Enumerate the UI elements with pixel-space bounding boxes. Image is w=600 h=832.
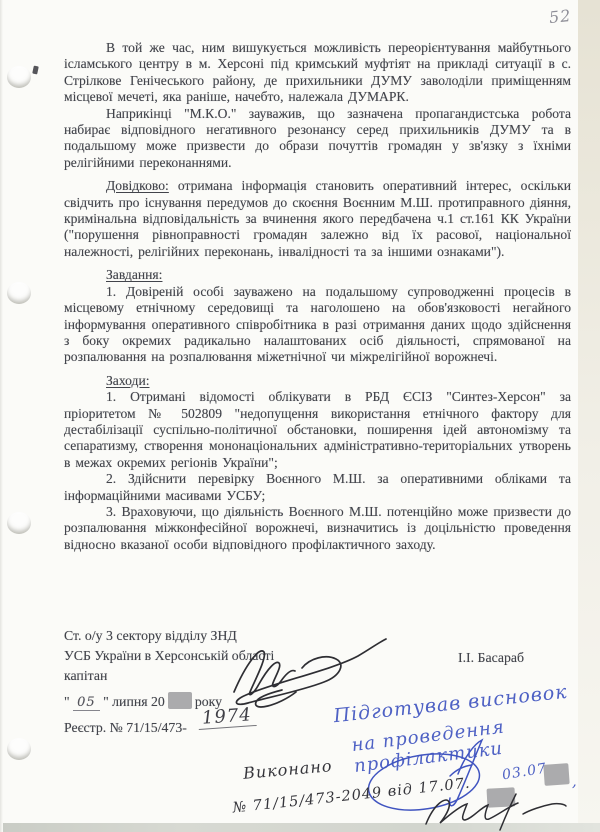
scan-edge-left xyxy=(0,0,3,832)
document-body: В той же час, ним вишукується можливість… xyxy=(64,40,571,553)
measures-heading: Заходи: xyxy=(64,373,571,389)
date-mid: " липня 20 xyxy=(100,694,165,709)
tasks-heading: Завдання: xyxy=(64,267,571,283)
date-open-quote: " xyxy=(64,694,73,709)
paragraph-1: В той же час, ним вишукується можливість… xyxy=(64,40,571,106)
reference-paragraph: Довідково: отримана інформація становить… xyxy=(64,178,571,260)
handwritten-page-number: 52 xyxy=(548,6,572,27)
handwritten-day: 05 xyxy=(73,695,100,711)
registry-label: Реєстр. № 71/15/473- xyxy=(64,718,187,738)
task-1: 1. Довіреній особі зауважено на подальшо… xyxy=(64,284,571,366)
redaction-box-year xyxy=(168,692,192,709)
punch-hole-1 xyxy=(7,66,31,88)
scanned-document-page: { "document": { "page_number_handwritten… xyxy=(0,0,600,832)
signer-name: І.І. Басараб xyxy=(458,648,524,668)
redaction-box-blue-date xyxy=(543,763,569,786)
ink-speck xyxy=(32,66,39,75)
reference-label: Довідково: xyxy=(106,178,169,193)
signature-bottom xyxy=(420,792,570,832)
punch-hole-2 xyxy=(7,282,31,304)
measure-1: 1. Отримані відомості облікувати в РБД Є… xyxy=(64,389,571,471)
measure-2: 2. Здійснити перевірку Воєнного М.Ш. за … xyxy=(64,471,571,504)
punch-hole-4 xyxy=(7,738,31,760)
paragraph-2: Наприкінці "М.К.О." зауважив, що зазначе… xyxy=(64,106,571,172)
measure-3: 3. Враховуючи, що діяльність Воєнного М.… xyxy=(64,504,571,553)
blue-comma: , xyxy=(572,772,578,790)
handwritten-executed-label: Виконано xyxy=(242,756,333,783)
punch-hole-3 xyxy=(7,512,31,534)
